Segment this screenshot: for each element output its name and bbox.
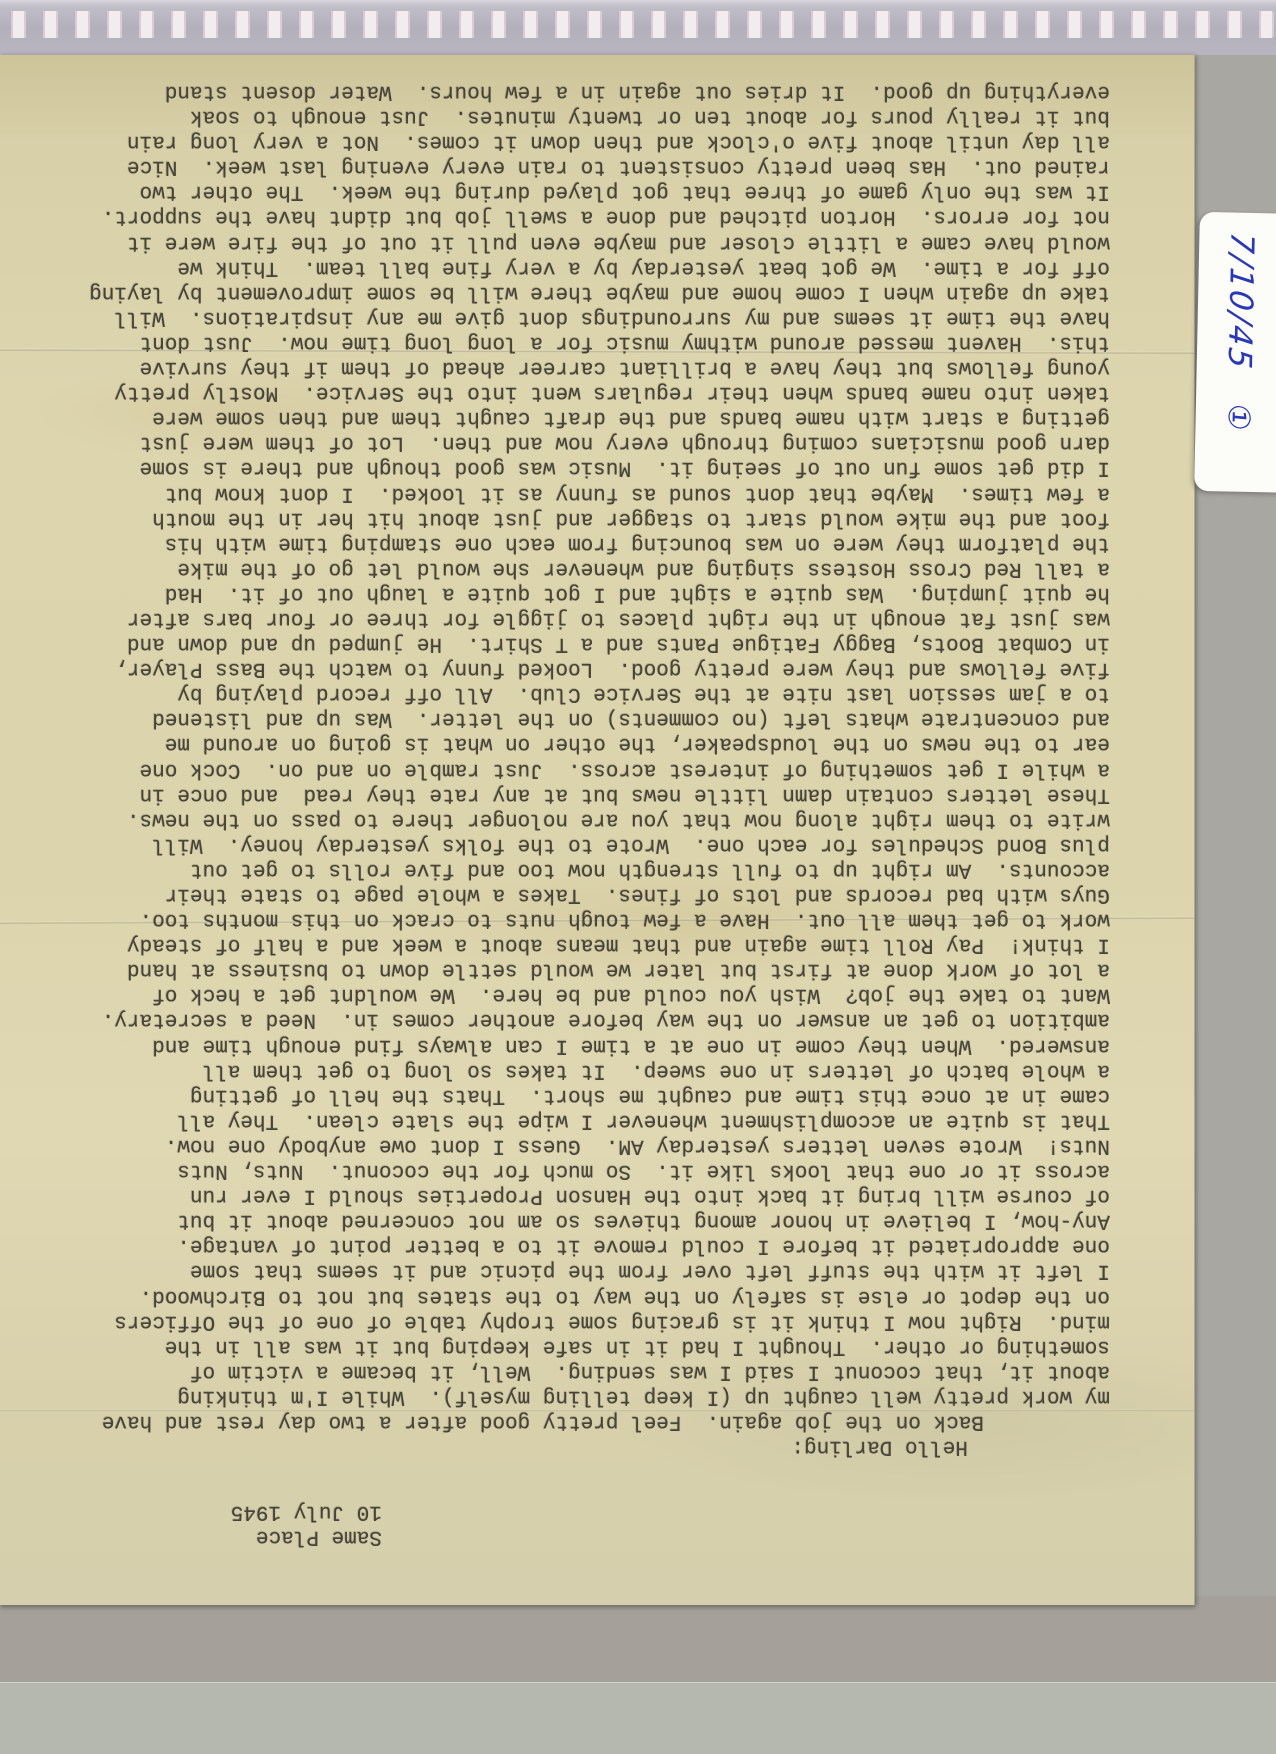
letter-body-line: That is quite an accomplishment whenever… <box>50 1108 1110 1133</box>
letter-body-line: not for errors. Horton pitched and done … <box>50 204 1110 229</box>
letter-body-line: in Combat Boots, Baggy Fatigue Pants and… <box>50 631 1110 656</box>
letter-body-line: taken into name bands when their regular… <box>50 380 1110 405</box>
letter-body-line: ambition to get an answer on the way bef… <box>50 1007 1110 1032</box>
letter-body-line: I did get some fun out of seeing it. Mus… <box>50 455 1110 480</box>
letter-body-line: to a jam session last nite at the Servic… <box>50 681 1110 706</box>
letter-body-line: would have came a little closer and mayb… <box>50 230 1110 255</box>
letter-body-line: Want to take the job? Wish you could and… <box>50 982 1110 1007</box>
letter-body-line: a while I get something of interest acro… <box>50 756 1110 781</box>
letter-body: Back on the job again. Feel pretty good … <box>50 79 1110 1434</box>
letter-body-line: was just fat enough in the right places … <box>50 606 1110 631</box>
sleeve-binding-strip <box>0 0 1276 55</box>
letter-body-line: young fellows but they have a brilliant … <box>50 355 1110 380</box>
letter-body-line: of course will bring it back into the Ha… <box>50 1183 1110 1208</box>
letter-body-line: It was the only game of three that got p… <box>50 179 1110 204</box>
dateline-line: 10 July 1945 <box>231 1499 382 1524</box>
letter-body-line: but it really pours for about ten or twe… <box>50 104 1110 129</box>
letter-body-line: Guys with bad records and lots of fines.… <box>50 882 1110 907</box>
letter-body-line: everything up good. It dries out again i… <box>50 79 1110 104</box>
letter-body-line: rained out. Has been pretty consistent t… <box>50 154 1110 179</box>
letter-body-line: a whole batch of letters in one sweep. I… <box>50 1058 1110 1083</box>
letter-body-line: These letters contain damn little news b… <box>50 782 1110 807</box>
letter-dateline: Same Place10 July 1945 <box>231 1499 382 1549</box>
letter-body-line: Any-how, I believe in honor among thieve… <box>50 1208 1110 1233</box>
letter-body-line: on the depot or else is safely on the wa… <box>50 1283 1110 1308</box>
letter-body-line: take up again when I come home and maybe… <box>50 280 1110 305</box>
letter-body-line: came in at once this time and caught me … <box>50 1083 1110 1108</box>
letter-body-line: ear to the news on the loudspeaker, the … <box>50 731 1110 756</box>
letter-body-line: mind. Right now I think it is gracing so… <box>50 1309 1110 1334</box>
letter-body-line: darn good musicians coming through every… <box>50 430 1110 455</box>
letter-body-line: answered. When they come in one at a tim… <box>50 1033 1110 1058</box>
letter-body-line: work to get them all out. Have a few tou… <box>50 907 1110 932</box>
letter-body-line: foot and the mike would start to stagger… <box>50 506 1110 531</box>
letter-body-line: a few times. Maybe that dont sound as fu… <box>50 480 1110 505</box>
letter-body-line: off for a time. We got beat yesterday by… <box>50 255 1110 280</box>
letter-body-line: a lot of work done at first but later we… <box>50 957 1110 982</box>
letter-body-line: write to them right along now that you a… <box>50 807 1110 832</box>
letter-body-line: the platform they were on was bouncing f… <box>50 531 1110 556</box>
letter-body-line: I think! Pay Roll time again and that me… <box>50 932 1110 957</box>
archivist-sticky-note: 7/10/45 ① <box>1194 212 1276 493</box>
letter-body-line: five fellows and they were pretty good. … <box>50 656 1110 681</box>
letter-body-line: accounts. Am right up to full strength n… <box>50 857 1110 882</box>
letter-body-line: this. Havent messed around withmy music … <box>50 330 1110 355</box>
binding-perforations <box>2 11 1274 38</box>
letter-body-line: he quit jumping. Was quite a sight and I… <box>50 581 1110 606</box>
letter-body-line: plus Bond Schedules for each one. Wrote … <box>50 832 1110 857</box>
letter-page: Same Place10 July 1945 Hello Darling: Ba… <box>0 55 1195 1605</box>
letter-body-line: one appropriated it before I could remov… <box>50 1233 1110 1258</box>
letter-body-line: I left it with the stuff left over from … <box>50 1258 1110 1283</box>
sticky-note-page-number: ① <box>1221 403 1257 433</box>
letter-body-line: getting a start with name bands and the … <box>50 405 1110 430</box>
letter-body-line: have the time it seems and my surroundin… <box>50 305 1110 330</box>
letter-body-line: about it, that coconut I said I was send… <box>50 1359 1110 1384</box>
letter-body-line: a tall Red Cross Hostess singing and whe… <box>50 556 1110 581</box>
letter-salutation: Hello Darling: <box>792 1434 968 1459</box>
letter-body-line: something or other. Thought I had it in … <box>50 1334 1110 1359</box>
sticky-note-date: 7/10/45 <box>1221 230 1262 372</box>
letter-body-line: Nuts! Wrote seven letters yesterday AM. … <box>50 1133 1110 1158</box>
dateline-line: Same Place <box>231 1524 382 1549</box>
scanner-background-lower-band <box>0 1682 1276 1754</box>
letter-body-line: Back on the job again. Feel pretty good … <box>50 1409 1110 1434</box>
letter-body-line: my work pretty well caught up (I keep te… <box>50 1384 1110 1409</box>
letter-body-line: across it or one that looks like it. So … <box>50 1158 1110 1183</box>
sticky-note-content: 7/10/45 ① <box>1194 212 1276 493</box>
letter-content-upside-down: Same Place10 July 1945 Hello Darling: Ba… <box>0 55 1194 1605</box>
letter-body-line: and concentrate whats left (no comments)… <box>50 706 1110 731</box>
letter-body-line: all day until about five o'clock and the… <box>50 129 1110 154</box>
